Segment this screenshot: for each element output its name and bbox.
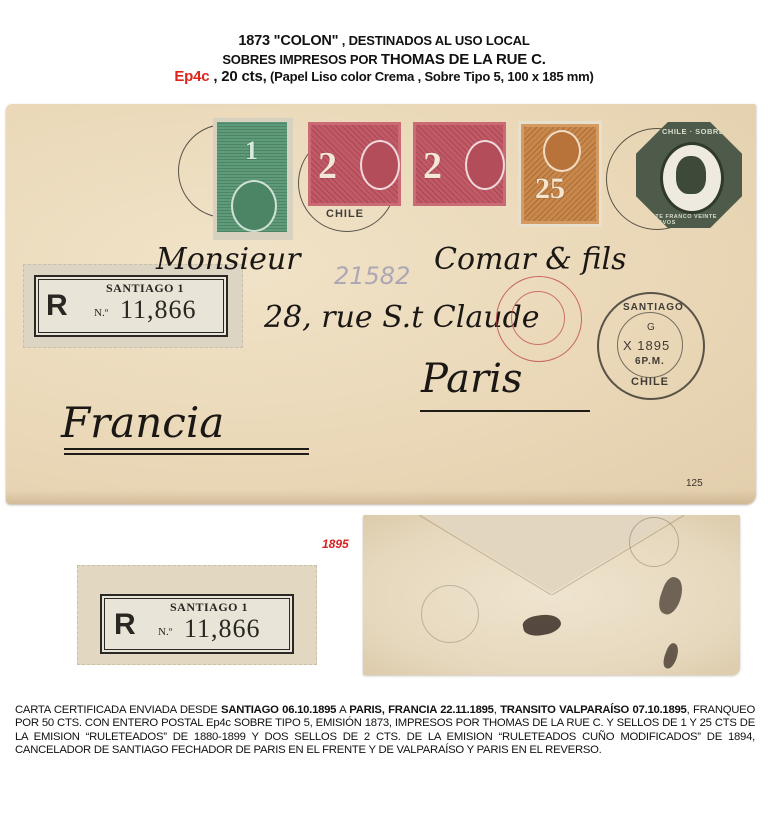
stamp-2-centavos-red-1: 2 xyxy=(308,122,401,206)
description-caption: CARTA CERTIFICADA ENVIADA DESDE SANTIAGO… xyxy=(15,704,755,758)
catalog-code: Ep4c xyxy=(174,68,209,85)
title-line-1: 1873 "COLON" , DESTINADOS AL USO LOCAL xyxy=(0,33,768,49)
stamp-25-centavos-brown: 25 xyxy=(521,124,599,224)
origin-date: SANTIAGO 06.10.1895 xyxy=(221,704,336,716)
city-underline xyxy=(420,410,590,412)
address-line-city: Paris xyxy=(421,356,522,402)
wax-seal-remnant xyxy=(522,612,563,638)
stamp-2-centavos-red-2: 2 xyxy=(413,122,506,206)
printer-name: THOMAS DE LA RUE C. xyxy=(381,51,546,68)
address-line-addressee: Comar & fils xyxy=(434,242,626,277)
title-line-2: SOBRES IMPRESOS POR THOMAS DE LA RUE C. xyxy=(0,51,768,68)
postmark-chile-text: CHILE xyxy=(326,208,364,220)
registration-letter: R xyxy=(46,289,68,323)
printed-indicium-20-centavos: CHILE · SOBRE PORTE FRANCO VEINTE CENTAV… xyxy=(636,122,742,228)
postmark-back-paris xyxy=(629,517,679,567)
title-line-3: Ep4c , 20 cts, (Papel Liso color Crema ,… xyxy=(0,68,768,85)
detail-registration-office: SANTIAGO 1 xyxy=(170,600,248,615)
postmark-back-valparaiso xyxy=(421,585,479,643)
printer-prefix: SOBRES IMPRESOS POR xyxy=(222,52,381,67)
ink-mark xyxy=(661,642,681,671)
title-year: 1873 "COLON" xyxy=(238,33,338,49)
registration-number: 11,866 xyxy=(120,295,197,325)
address-line-monsieur: Monsieur xyxy=(156,242,301,277)
registration-label-detail: ω R SANTIAGO 1 N.º 11,866 xyxy=(77,565,315,663)
envelope-details: (Papel Liso color Crema , Sobre Tipo 5, … xyxy=(267,69,594,84)
stamp-1-centavo-green: 1 xyxy=(213,118,293,240)
country-underline-1 xyxy=(64,448,309,450)
envelope-back xyxy=(363,515,740,675)
detail-registration-letter: R xyxy=(114,608,136,642)
registration-no-prefix: N.º xyxy=(94,307,108,319)
year-label: 1895 xyxy=(322,537,349,551)
detail-registration-no-prefix: N.º xyxy=(158,626,172,638)
title-subtitle: , DESTINADOS AL USO LOCAL xyxy=(338,33,529,48)
pencil-note: 21582 xyxy=(334,262,410,290)
envelope-front: CHILE 1 2 2 25 CHILE · SOBRE PORTE FRANC… xyxy=(6,104,756,504)
country-underline-2 xyxy=(64,453,309,455)
postmark-paris-etranger xyxy=(496,276,582,362)
transit-date: TRANSITO VALPARAÍSO 07.10.1895 xyxy=(500,704,686,716)
destination-date: PARIS, FRANCIA 22.11.1895 xyxy=(349,704,493,716)
postmark-santiago-date: SANTIAGO G X 1895 6P.M. CHILE xyxy=(597,292,705,400)
registration-office: SANTIAGO 1 xyxy=(106,281,184,296)
detail-registration-number: 11,866 xyxy=(184,614,261,644)
catalog-number: 125 xyxy=(686,478,703,489)
face-value: , 20 cts, xyxy=(209,68,266,85)
address-line-country: Francia xyxy=(61,398,224,447)
